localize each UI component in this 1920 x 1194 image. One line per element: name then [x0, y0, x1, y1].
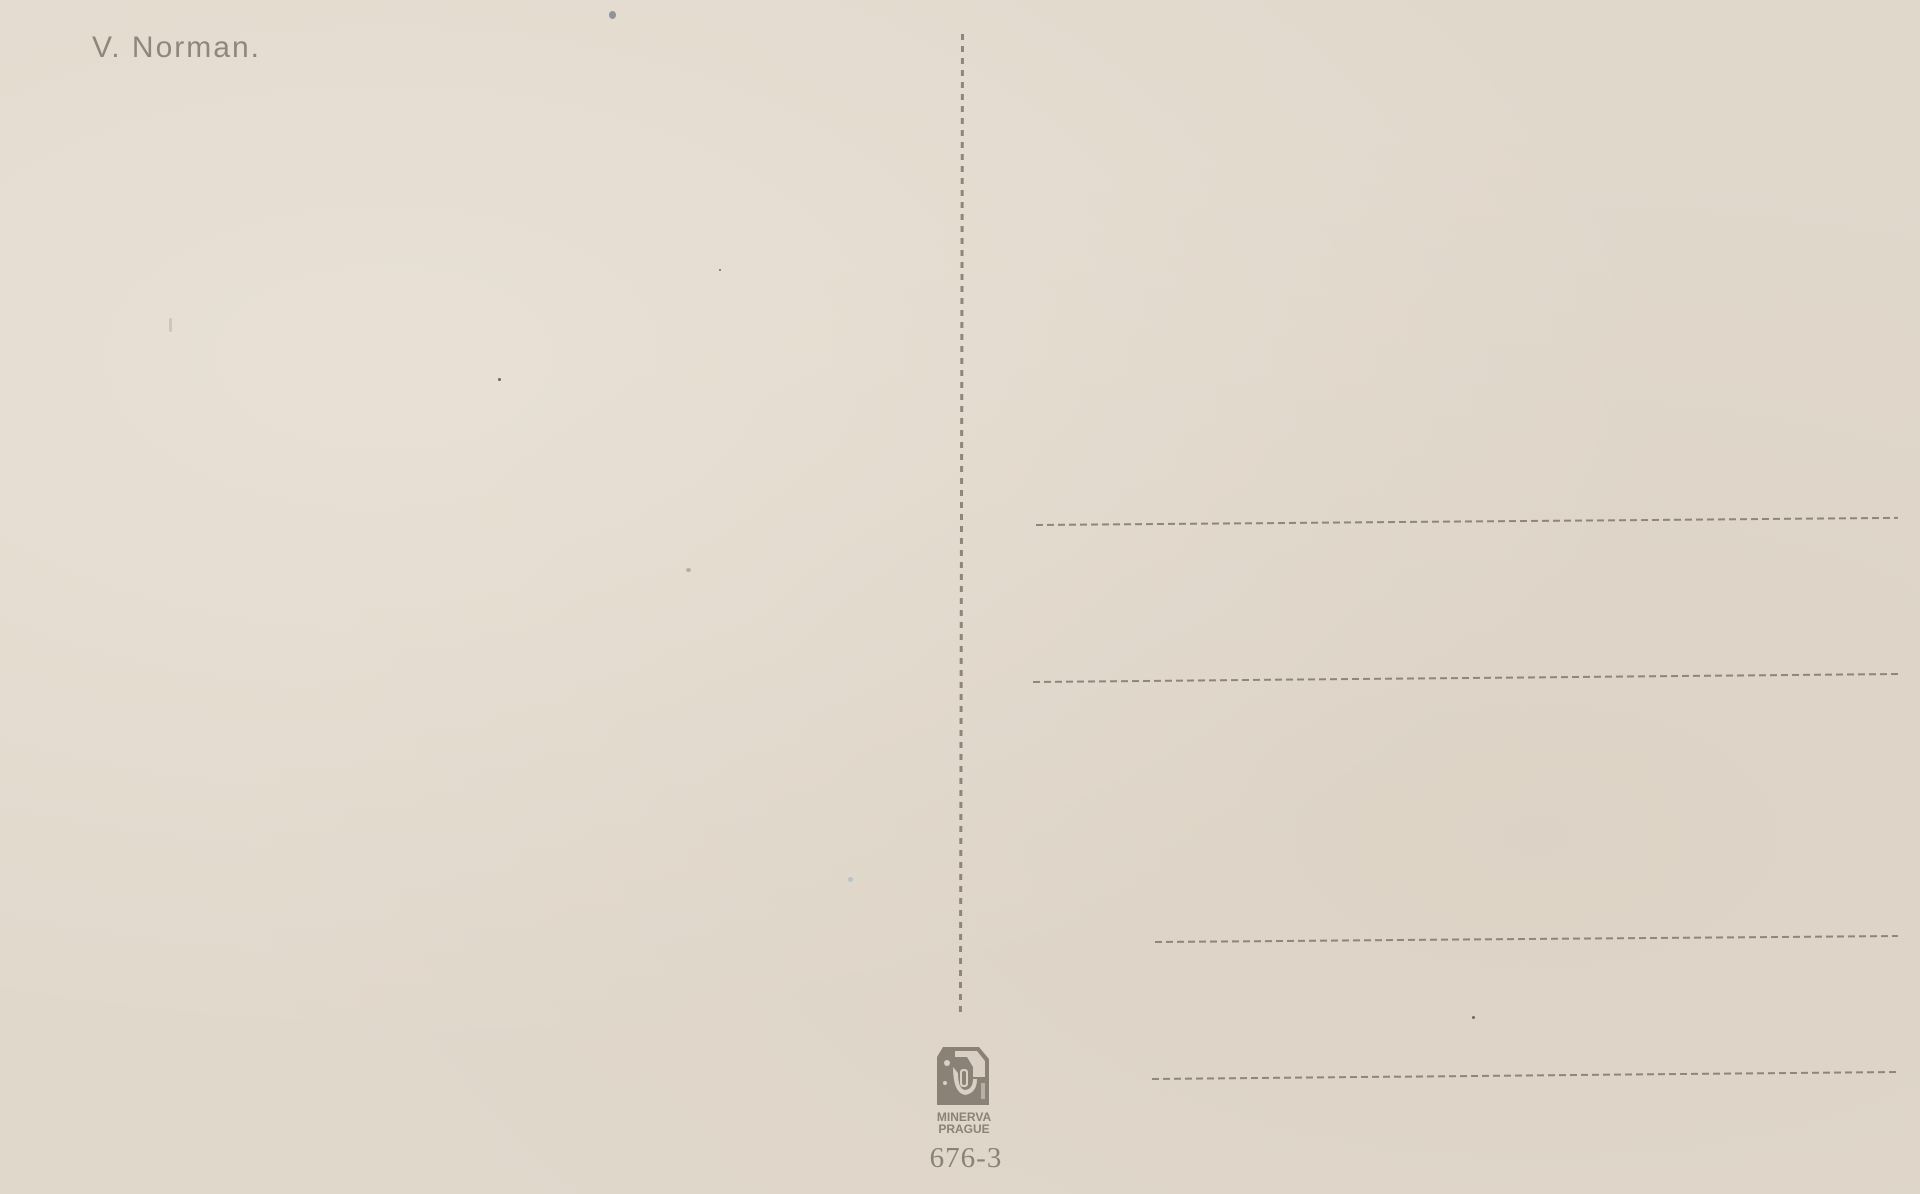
address-line-2	[1033, 673, 1898, 683]
center-divider-dotted-line	[959, 34, 964, 1016]
address-line-4	[1152, 1071, 1898, 1080]
logo-text-prague: PRAGUE	[929, 1123, 999, 1135]
paper-speck	[169, 318, 172, 332]
catalog-number: 676-3	[920, 1142, 1012, 1175]
paper-speck	[1472, 1016, 1475, 1019]
address-line-3	[1155, 935, 1898, 943]
publisher-credit: V. Norman.	[92, 31, 261, 65]
paper-speck	[848, 877, 853, 882]
paper-speck	[719, 269, 721, 271]
paper-speck	[609, 11, 616, 19]
paper-speck	[686, 568, 691, 572]
paper-speck	[498, 378, 501, 381]
minerva-prague-logo: MINERVA PRAGUE	[929, 1043, 999, 1139]
address-line-1	[1036, 517, 1898, 526]
minerva-emblem-icon	[933, 1043, 993, 1109]
postcard-back: V. Norman. MINERVA PRAGUE 676-3	[0, 0, 1920, 1194]
